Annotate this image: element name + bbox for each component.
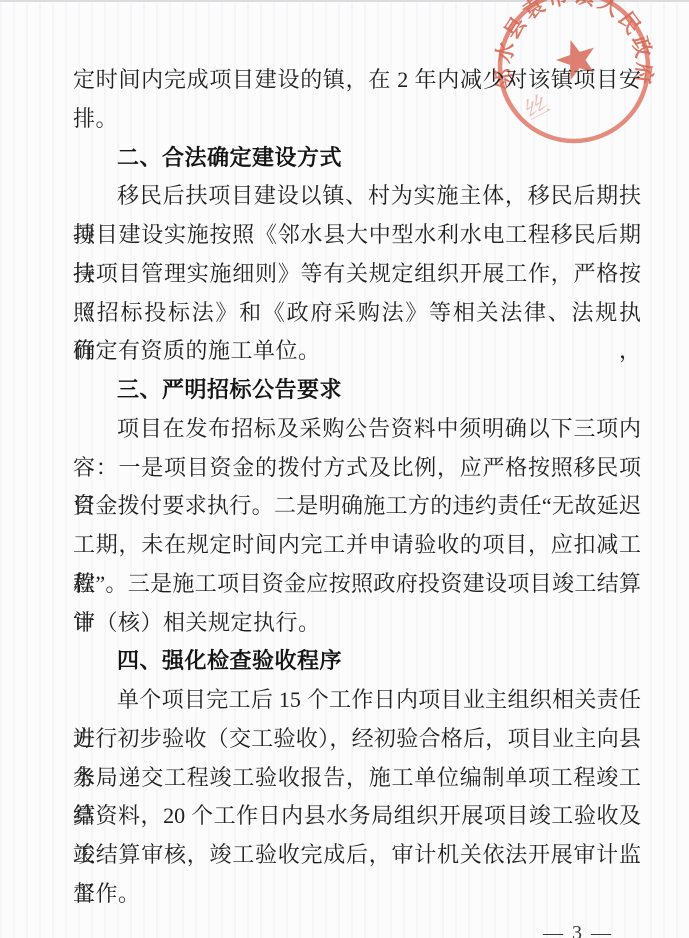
body-line: 计（核）相关规定执行。 (73, 604, 641, 643)
body-line: 款”。三是施工项目资金应按照政府投资建设项目竣工结算审 (73, 565, 641, 604)
body-line: 容：一是项目资金的拨付方式及比例，应严格按照移民项目 (73, 449, 641, 488)
section-heading: 三、严明招标公告要求 (73, 371, 641, 410)
body-line: 项目建设实施按照《邻水县大中型水利水电工程移民后期扶 (73, 216, 641, 255)
body-line: 务局递交工程竣工验收报告，施工单位编制单项工程竣工结 (73, 759, 641, 798)
body-line: 工期，未在规定时间内完工并申请验收的项目，应扣减工程 (73, 526, 641, 565)
section-heading: 二、合法确定建设方式 (73, 139, 641, 178)
body-line: 持项目管理实施细则》等有关规定组织开展工作，严格按照 (73, 255, 641, 294)
body-line: 进行初步验收（交工验收），经初验合格后，项目业主向县水 (73, 720, 641, 759)
body-line: 移民后扶项目建设以镇、村为实施主体，移民后期扶持 (73, 177, 641, 216)
scan-top-edge (0, 0, 689, 2)
document-page: 邻水县袁市镇人民政府 丝 定时间内完成项目建设的镇，在 2 年内减少对该镇项目安… (0, 0, 689, 938)
body-line: 排。 (73, 100, 641, 139)
body-line: 工结算审核，竣工验收完成后，审计机关依法开展审计监督 (73, 836, 641, 875)
section-heading: 四、强化检查验收程序 (73, 642, 641, 681)
page-number: — 3 — (533, 921, 623, 938)
body-line: 《招标投标法》和《政府采购法》等相关法律、法规执行， (73, 294, 641, 333)
body-line: 单个项目完工后 15 个工作日内项目业主组织相关责任方 (73, 681, 641, 720)
body-line: 定时间内完成项目建设的镇，在 2 年内减少对该镇项目安 (73, 61, 641, 100)
body-line: 项目在发布招标及采购公告资料中须明确以下三项内 (73, 410, 641, 449)
text-area: 定时间内完成项目建设的镇，在 2 年内减少对该镇项目安排。二、合法确定建设方式移… (73, 61, 641, 914)
body-line: 资金拨付要求执行。二是明确施工方的违约责任“无故延迟 (73, 487, 641, 526)
body-line: 算资料，20 个工作日内县水务局组织开展项目竣工验收及竣 (73, 797, 641, 836)
body-line: 工作。 (73, 875, 641, 914)
